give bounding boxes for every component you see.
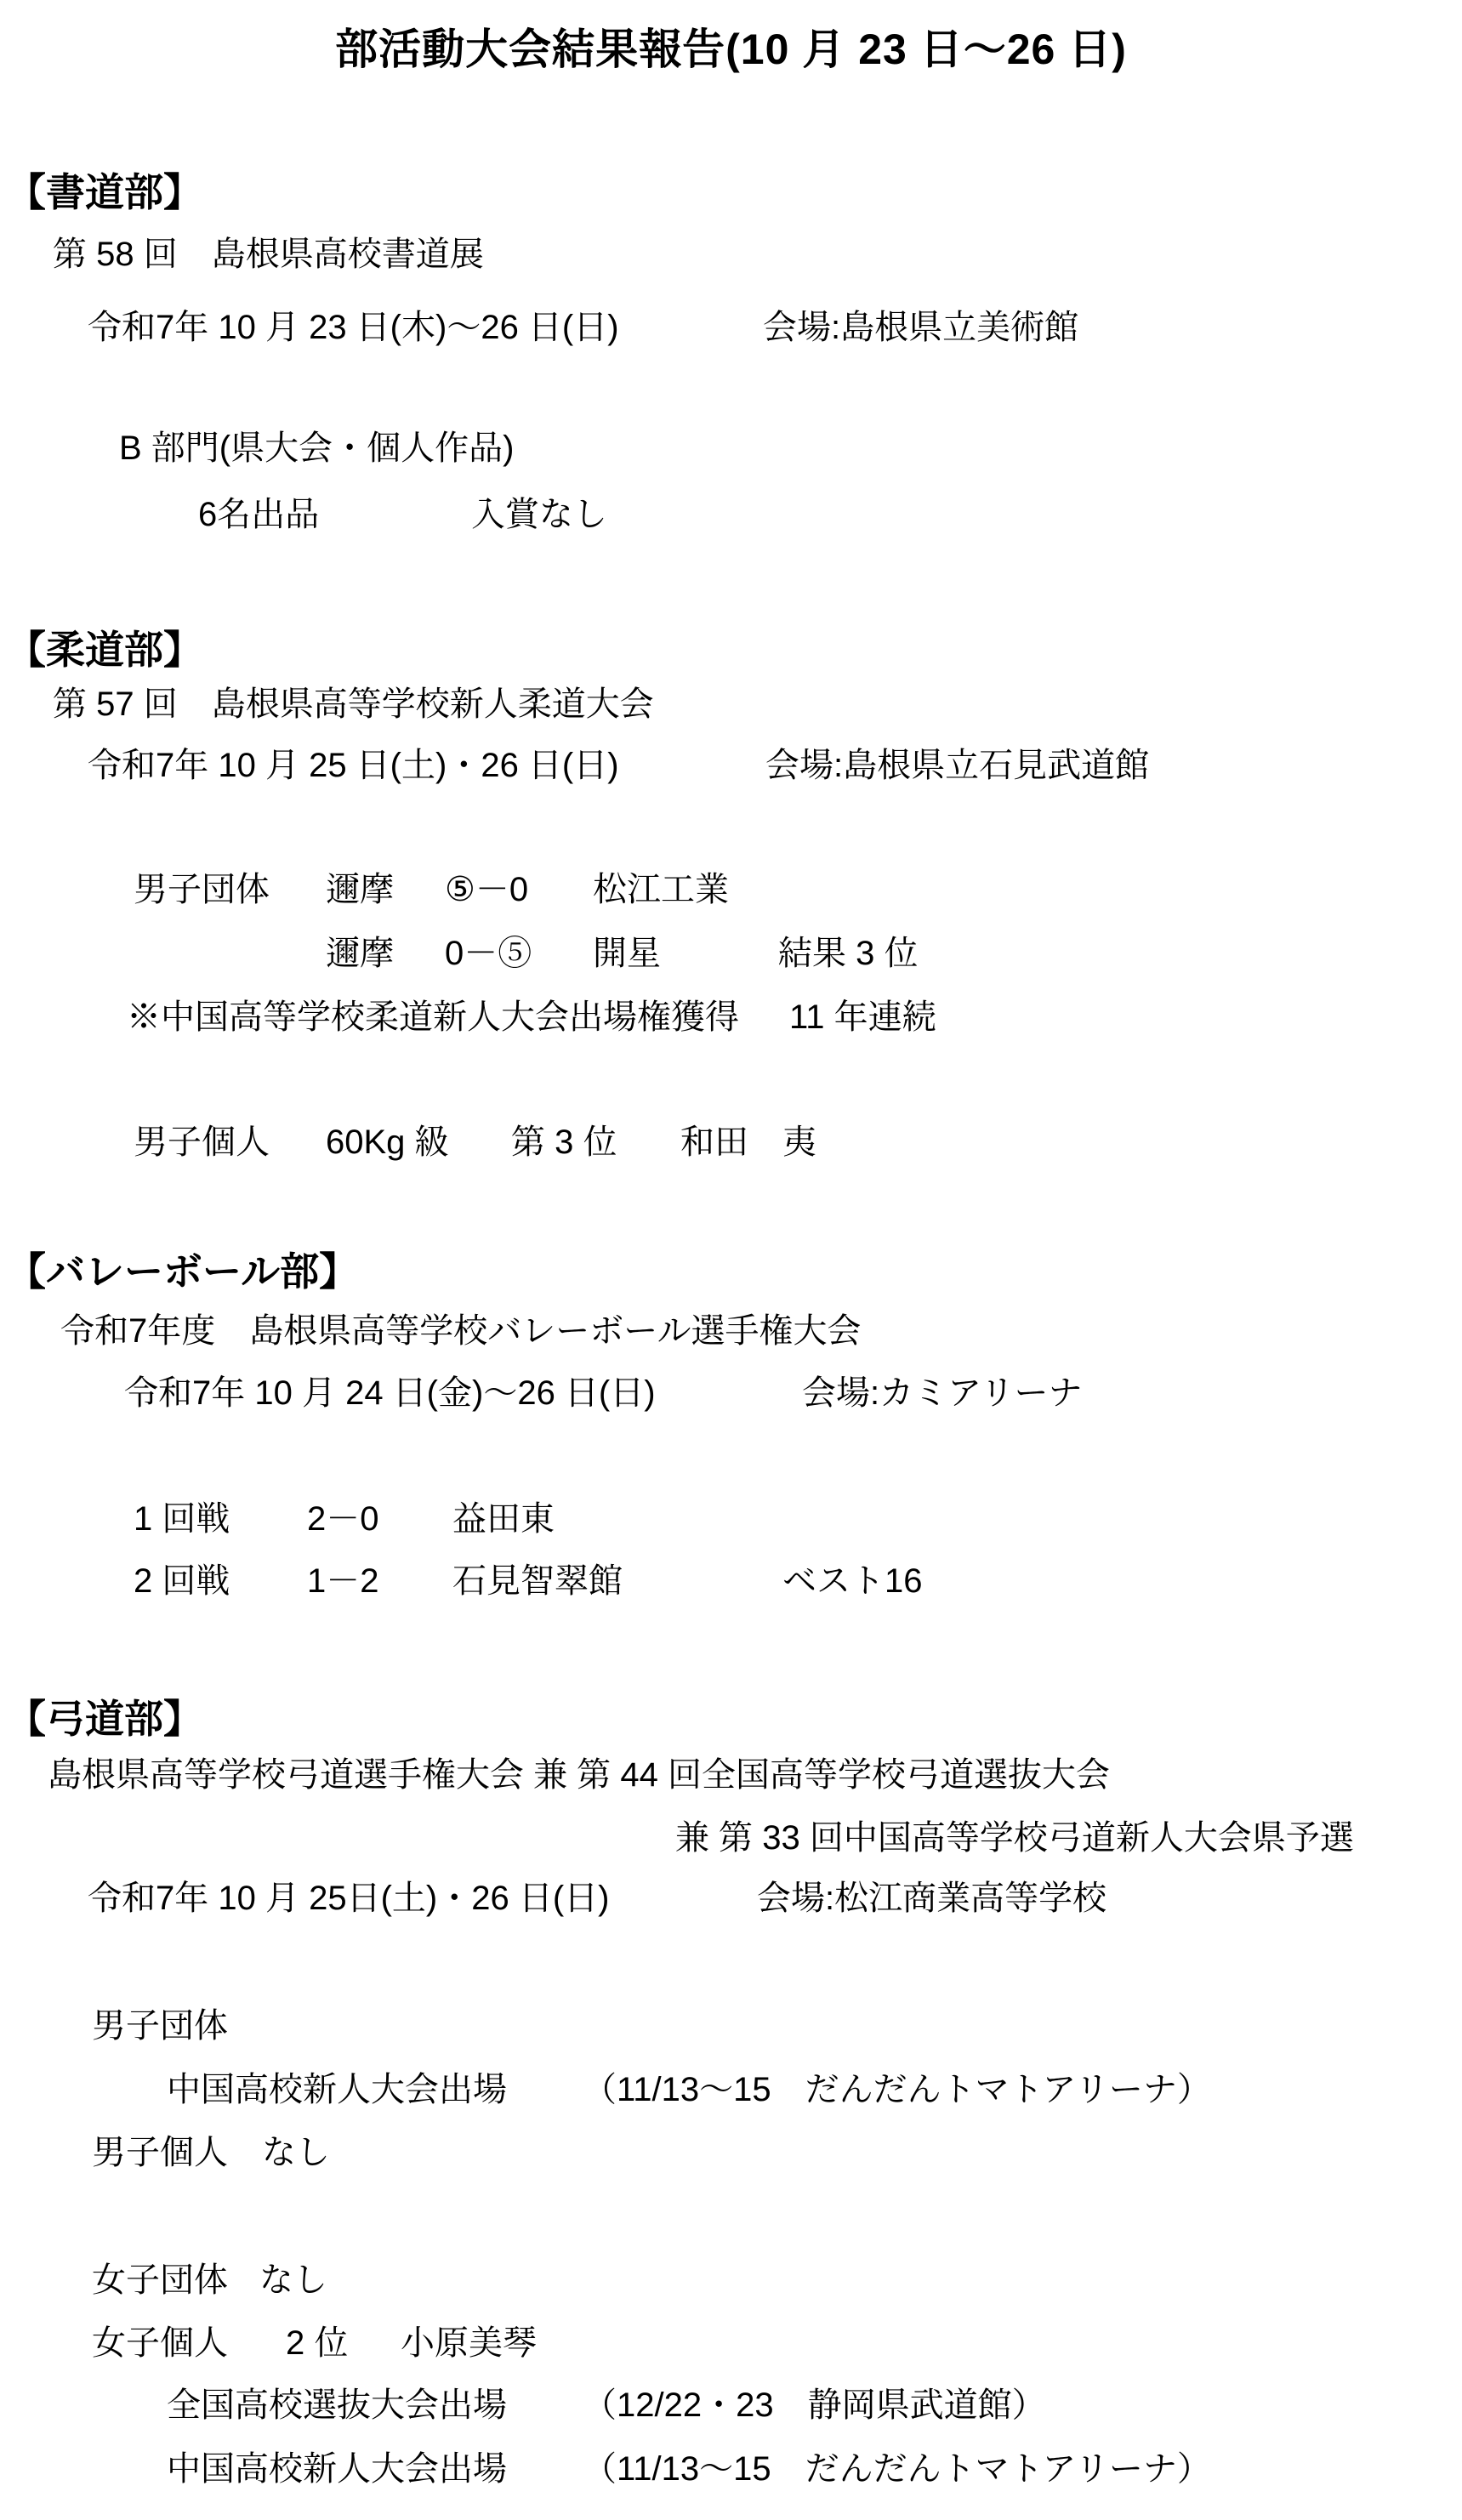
judo-individual-label: 男子個人 — [134, 1118, 270, 1166]
kyudo-event-name-line2: 兼 第 33 回中国高等学校弓道新人大会県予選 — [675, 1814, 1354, 1862]
shodo-event-name: 第 58 回 島根県高校書道展 — [53, 230, 484, 278]
report-title: 部活動大会結果報告(10 月 23 日～26 日) — [0, 15, 1462, 77]
kyudo-men-team-result: 中国高校新人大会出場 — [167, 2066, 507, 2113]
volleyball-event-date: 令和7年 10 月 24 日(金)～26 日(日) — [124, 1369, 656, 1417]
judo-qualification-streak: 11 年連続 — [789, 993, 936, 1041]
kyudo-women-national-result: 全国高校選抜大会出場 — [167, 2381, 507, 2429]
judo-match2-opponent: 開星 — [593, 930, 661, 977]
judo-match1-opponent: 松江工業 — [593, 866, 729, 913]
judo-qualification-note: ※中国高等学校柔道新人大会出場権獲得 — [127, 993, 739, 1041]
volleyball-round2-score: 1－2 — [307, 1557, 379, 1605]
volleyball-round1-score: 2－0 — [307, 1495, 379, 1543]
kyudo-women-team-result: なし — [259, 2256, 327, 2304]
judo-individual-rank: 第 3 位 — [511, 1118, 617, 1166]
kyudo-section-heading: 【弓道部】 — [7, 1693, 202, 1744]
judo-individual-weight-class: 60Kg 級 — [326, 1118, 449, 1166]
kyudo-men-team-label: 男子団体 — [92, 2002, 228, 2050]
volleyball-round2-label: 2 回戦 — [134, 1557, 230, 1605]
report-page: 部活動大会結果報告(10 月 23 日～26 日) 【書道部】 第 58 回 島… — [0, 0, 1462, 2520]
kyudo-event-name-line1: 島根県高等学校弓道選手権大会 兼 第 44 回全国高等学校弓道選抜大会 — [48, 1751, 1110, 1799]
volleyball-round1-opponent: 益田東 — [452, 1495, 555, 1543]
shodo-venue: 会場:島根県立美術館 — [763, 304, 1078, 351]
judo-match2-score: 0－⑤ — [445, 930, 532, 977]
shodo-section-heading: 【書道部】 — [7, 167, 202, 218]
kyudo-women-national-detail: （12/22・23 静岡県武道館） — [583, 2381, 1046, 2429]
judo-event-date: 令和7年 10 月 25 日(土)・26 日(日) — [88, 742, 619, 789]
volleyball-event-name: 令和7年度 島根県高等学校バレーボール選手権大会 — [60, 1307, 861, 1355]
judo-match1-score: ⑤－0 — [445, 866, 528, 913]
kyudo-men-individual-label: 男子個人 — [92, 2129, 228, 2176]
volleyball-round2-opponent: 石見智翠館 — [452, 1557, 623, 1605]
kyudo-women-chugoku-result: 中国高校新人大会出場 — [167, 2445, 507, 2493]
volleyball-round1-label: 1 回戦 — [134, 1495, 230, 1543]
judo-match1-school: 邇摩 — [326, 866, 394, 913]
kyudo-women-chugoku-detail: （11/13～15 だんだんトマトアリーナ） — [583, 2445, 1211, 2493]
kyudo-women-individual-rank: 2 位 — [286, 2319, 348, 2367]
volleyball-final-result: ベスト16 — [782, 1557, 923, 1605]
volleyball-venue: 会場:カミアリーナ — [802, 1369, 1083, 1417]
judo-team-label: 男子団体 — [134, 866, 270, 913]
judo-event-name: 第 57 回 島根県高等学校新人柔道大会 — [53, 680, 654, 728]
shodo-entry-count: 6名出品 — [198, 491, 319, 538]
kyudo-event-date: 令和7年 10 月 25日(土)・26 日(日) — [88, 1874, 609, 1922]
kyudo-men-individual-result: なし — [262, 2129, 330, 2176]
kyudo-women-individual-label: 女子個人 — [92, 2319, 228, 2367]
volleyball-section-heading: 【バレーボール部】 — [7, 1246, 358, 1297]
shodo-division: B 部門(県大会・個人作品) — [119, 424, 514, 472]
judo-individual-name: 和田 夷 — [680, 1118, 816, 1166]
judo-venue: 会場:島根県立石見武道館 — [765, 742, 1149, 789]
kyudo-women-individual-name: 小原美琴 — [401, 2319, 537, 2367]
judo-section-heading: 【柔道部】 — [7, 624, 202, 675]
judo-match2-school: 邇摩 — [326, 930, 394, 977]
judo-team-final-result: 結果 3 位 — [778, 930, 918, 977]
kyudo-women-team-label: 女子団体 — [92, 2256, 228, 2304]
shodo-event-date: 令和7年 10 月 23 日(木)～26 日(日) — [88, 304, 619, 351]
shodo-result: 入賞なし — [471, 491, 607, 538]
kyudo-venue: 会場:松江商業高等学校 — [757, 1874, 1106, 1922]
kyudo-men-team-detail: （11/13～15 だんだんトマトアリーナ） — [583, 2066, 1211, 2113]
